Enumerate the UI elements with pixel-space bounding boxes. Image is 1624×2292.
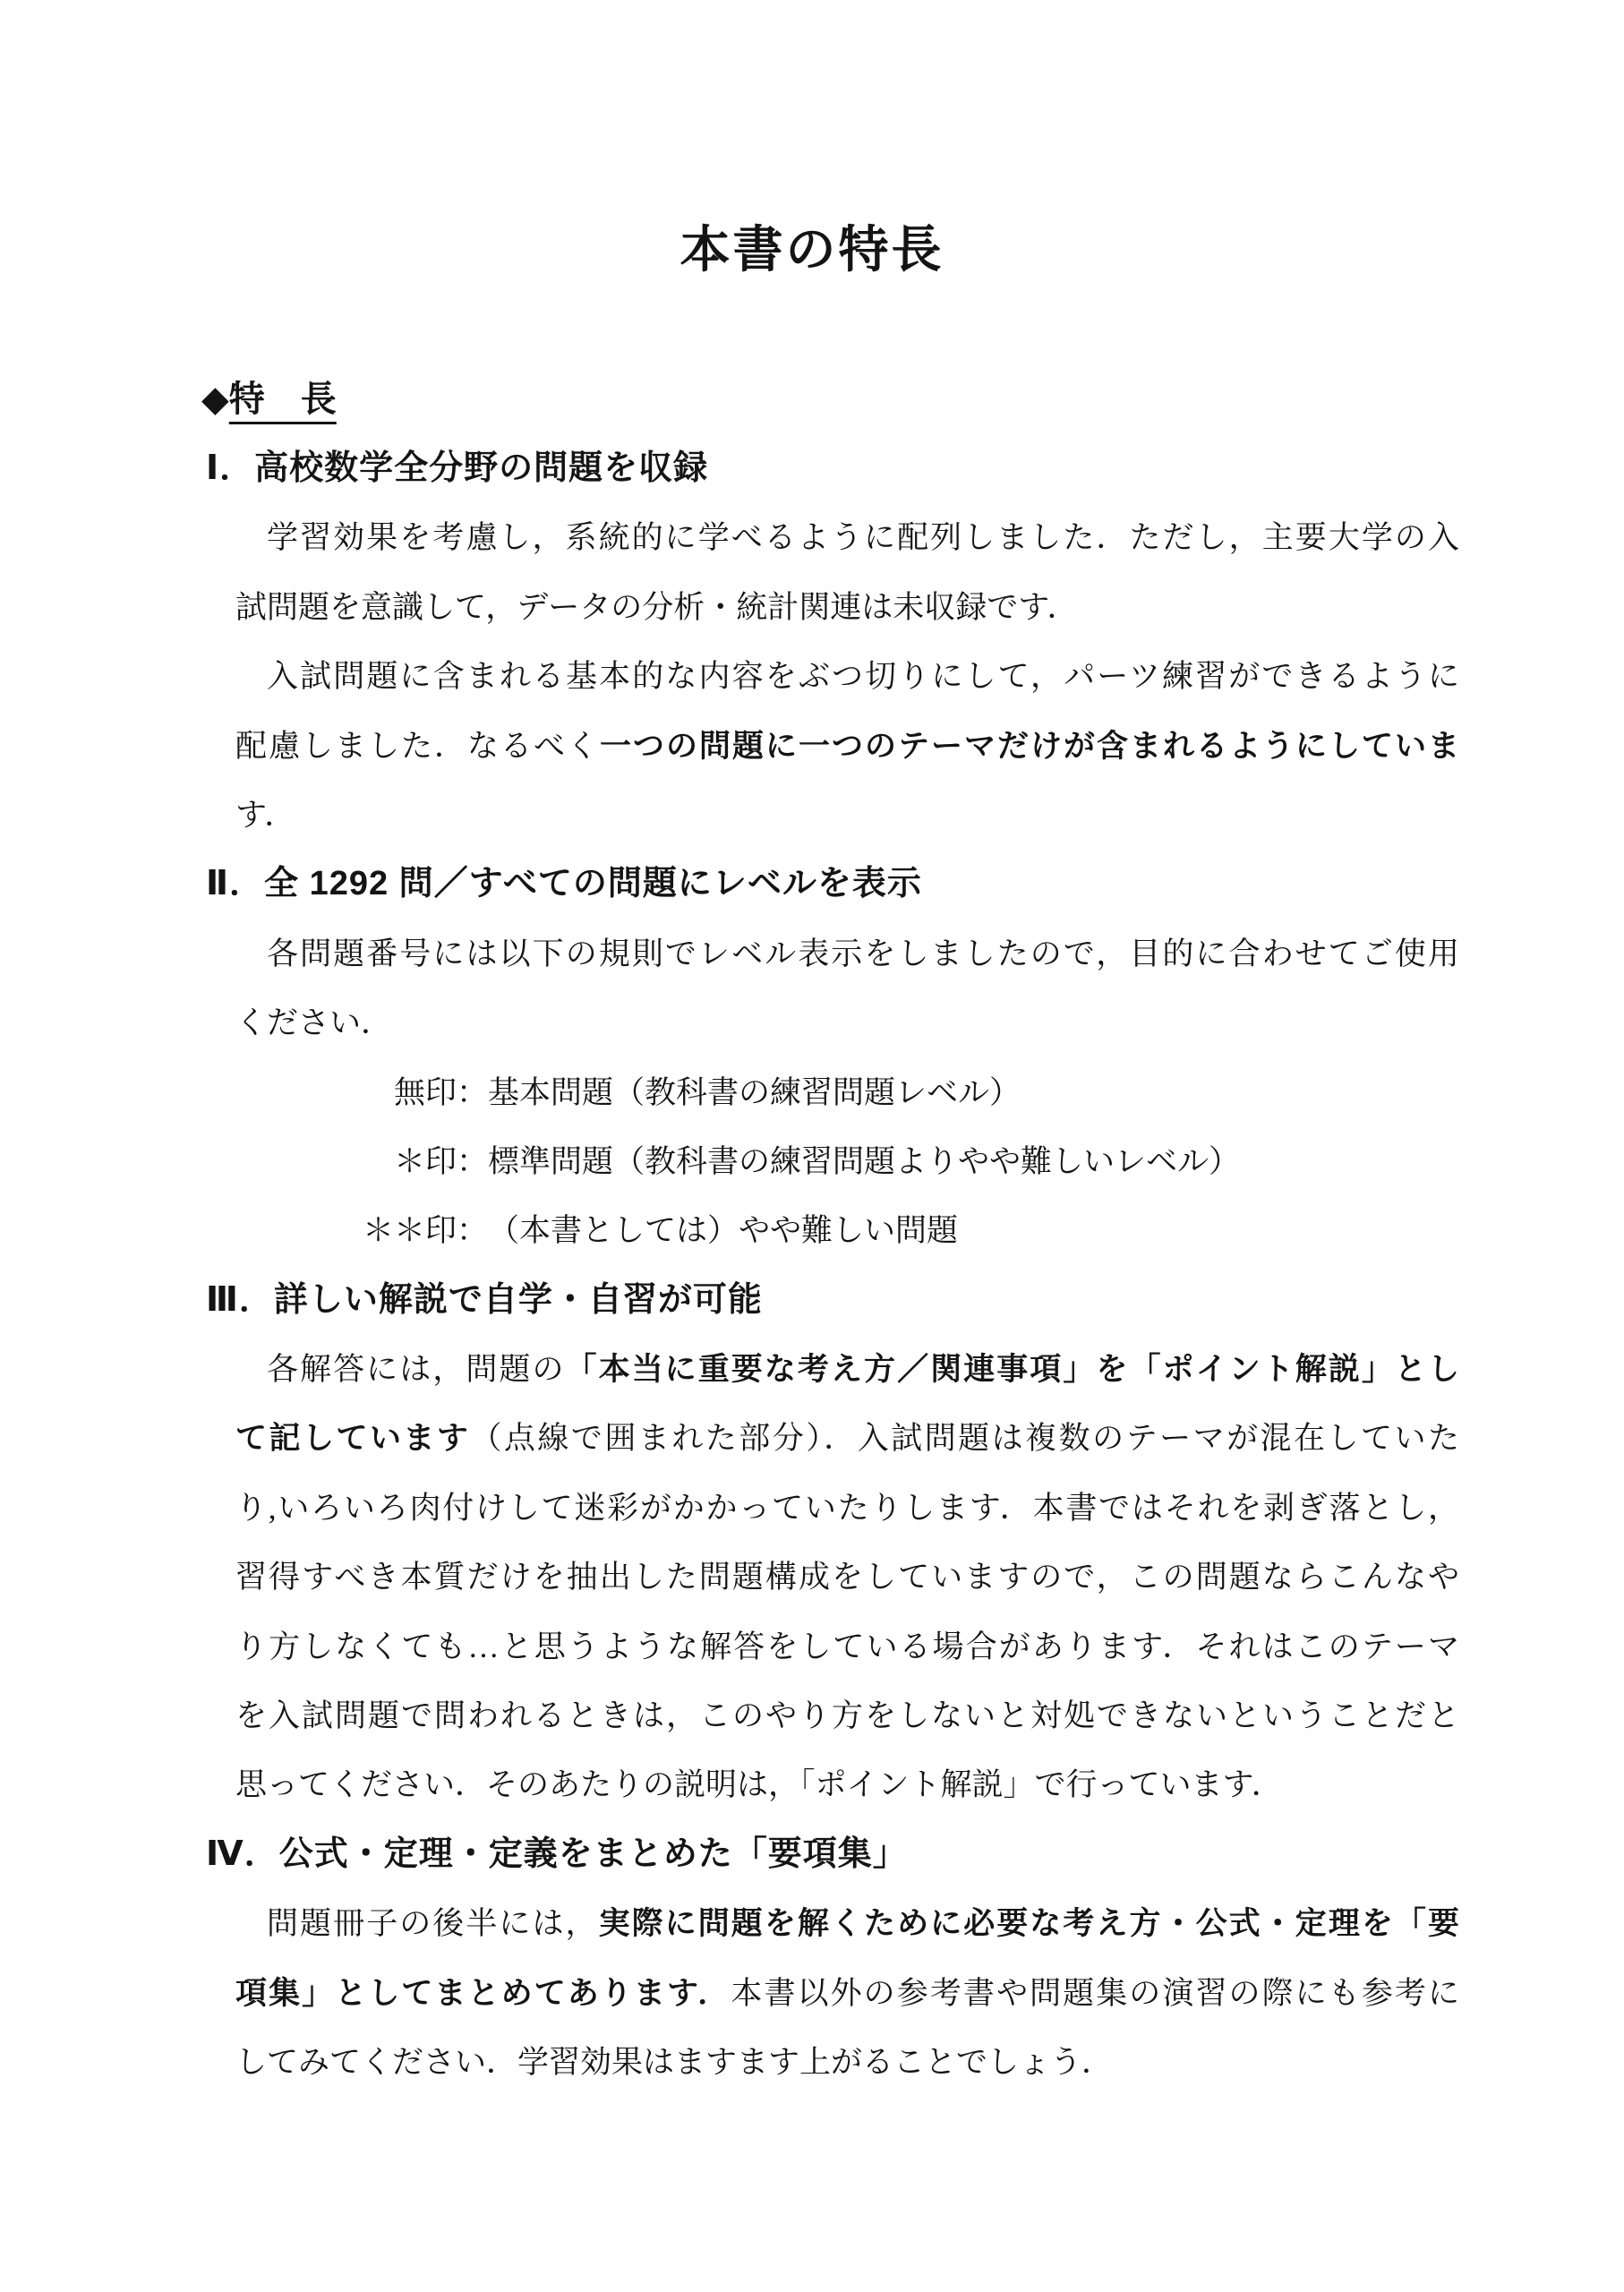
text-segment: 入試問題に含まれる基本的な内容をぶつ切りにして，パーツ練習ができるように <box>267 659 1459 694</box>
text-line: 項集」としてまとめてあります．本書以外の参考書や問題集の演習の際にも参考に <box>0 1959 1624 2028</box>
emphasized-text-segment: 実際に問題を解くために必要な考え方・公式・定理を「要 <box>599 1906 1459 1941</box>
text-line: 問題冊子の後半には，実際に問題を解くために必要な考え方・公式・定理を「要 <box>0 1889 1624 1958</box>
text-line: 学習効果を考慮し，系統的に学べるように配列しました．ただし，主要大学の入 <box>0 503 1624 572</box>
text-line: て記しています（点線で囲まれた部分）．入試問題は複数のテーマが混在していた <box>0 1404 1624 1473</box>
text-segment: 問題冊子の後半には， <box>267 1906 599 1941</box>
text-segment: 各解答には，問題の <box>267 1352 566 1387</box>
text-line: 配慮しました．なるべく一つの問題に一つのテーマだけが含まれるようにしていま <box>0 712 1624 781</box>
text-segment: り,いろいろ肉付けして迷彩がかかっていたりします．本書ではそれを剥ぎ落とし， <box>235 1491 1459 1526</box>
text-line: 入試問題に含まれる基本的な内容をぶつ切りにして，パーツ練習ができるように <box>0 642 1624 711</box>
emphasized-text-segment: Ⅱ．全 1292 問／すべての問題にレベルを表示 <box>206 865 922 902</box>
emphasized-text-segment: 「本当に重要な考え方／関連事項」を「ポイント解説」とし <box>566 1352 1459 1387</box>
legend-label: ＊＊印： <box>235 1196 488 1265</box>
text-segment: 試問題を意識して，データの分析・統計関連は未収録です． <box>235 590 1079 625</box>
section-heading: Ⅰ．高校数学全分野の問題を収録 <box>0 434 1624 503</box>
text-segment: ください． <box>235 1005 392 1040</box>
legend-item: 無印：基本問題（教科書の練習問題レベル） <box>0 1058 1624 1127</box>
diamond-icon: ◆ <box>201 380 229 419</box>
text-line: 各問題番号には以下の規則でレベル表示をしましたので，目的に合わせてご使用 <box>0 919 1624 988</box>
features-header-label: 特 長 <box>229 380 337 419</box>
emphasized-text-segment: 項集」としてまとめてあります． <box>235 1976 731 2011</box>
legend-text: 標準問題（教科書の練習問題よりやや難しいレベル） <box>488 1127 1240 1196</box>
legend-item: ＊＊印：（本書としては）やや難しい問題 <box>0 1196 1624 1265</box>
text-segment: 習得すべき本質だけを抽出した問題構成をしていますので，この問題ならこんなや <box>235 1560 1459 1595</box>
text-segment: してみてください．学習効果はますます上がることでしょう． <box>235 2045 1113 2080</box>
legend-text: 基本問題（教科書の練習問題レベル） <box>488 1058 1021 1127</box>
text-line: してみてください．学習効果はますます上がることでしょう． <box>0 2028 1624 2097</box>
text-segment: 思ってください．そのあたりの説明は，「ポイント解説」で行っています． <box>235 1767 1283 1802</box>
section-heading: Ⅱ．全 1292 問／すべての問題にレベルを表示 <box>0 850 1624 919</box>
section-heading: Ⅳ．公式・定理・定義をまとめた「要項集」 <box>0 1820 1624 1889</box>
text-line: す． <box>0 781 1624 850</box>
legend-item: ＊印：標準問題（教科書の練習問題よりやや難しいレベル） <box>0 1127 1624 1196</box>
text-line: ください． <box>0 988 1624 1057</box>
text-segment: 配慮しました．なるべく <box>235 729 600 764</box>
emphasized-text-segment: て記しています <box>235 1421 470 1456</box>
emphasized-text-segment: Ⅰ．高校数学全分野の問題を収録 <box>206 449 708 487</box>
text-line: り方しなくても…と思うような解答をしている場合があります．それはこのテーマ <box>0 1612 1624 1681</box>
text-segment: す． <box>235 798 295 833</box>
legend-text: （本書としては）やや難しい問題 <box>488 1196 958 1265</box>
text-segment: 各問題番号には以下の規則でレベル表示をしましたので，目的に合わせてご使用 <box>267 936 1459 971</box>
document-page: 本書の特長 ◆特 長 Ⅰ．高校数学全分野の問題を収録学習効果を考慮し，系統的に学… <box>0 0 1624 2292</box>
text-segment: 学習効果を考慮し，系統的に学べるように配列しました．ただし，主要大学の入 <box>267 520 1459 555</box>
text-line: 習得すべき本質だけを抽出した問題構成をしていますので，この問題ならこんなや <box>0 1543 1624 1612</box>
text-line: り,いろいろ肉付けして迷彩がかかっていたりします．本書ではそれを剥ぎ落とし， <box>0 1474 1624 1543</box>
text-line: 各解答には，問題の「本当に重要な考え方／関連事項」を「ポイント解説」とし <box>0 1335 1624 1404</box>
legend-label: ＊印： <box>235 1127 488 1196</box>
emphasized-text-segment: Ⅲ．詳しい解説で自学・自習が可能 <box>206 1281 763 1319</box>
legend-label: 無印： <box>235 1058 488 1127</box>
text-line: 試問題を意識して，データの分析・統計関連は未収録です． <box>0 573 1624 642</box>
text-line: 思ってください．そのあたりの説明は，「ポイント解説」で行っています． <box>0 1750 1624 1819</box>
text-segment: 本書以外の参考書や問題集の演習の際にも参考に <box>731 1976 1459 2011</box>
page-title: 本書の特長 <box>0 215 1624 284</box>
document-body: Ⅰ．高校数学全分野の問題を収録学習効果を考慮し，系統的に学べるように配列しました… <box>0 434 1624 2097</box>
emphasized-text-segment: 一つの問題に一つのテーマだけが含まれるようにしていま <box>600 729 1459 764</box>
section-heading: Ⅲ．詳しい解説で自学・自習が可能 <box>0 1266 1624 1335</box>
text-segment: （点線で囲まれた部分）．入試問題は複数のテーマが混在していた <box>470 1421 1459 1456</box>
text-segment: を入試問題で問われるときは，このやり方をしないと対処できないということだと <box>235 1698 1459 1733</box>
text-line: を入試問題で問われるときは，このやり方をしないと対処できないということだと <box>0 1681 1624 1750</box>
features-header: ◆特 長 <box>201 365 337 434</box>
text-segment: り方しなくても…と思うような解答をしている場合があります．それはこのテーマ <box>235 1629 1459 1664</box>
emphasized-text-segment: Ⅳ．公式・定理・定義をまとめた「要項集」 <box>206 1835 908 1873</box>
